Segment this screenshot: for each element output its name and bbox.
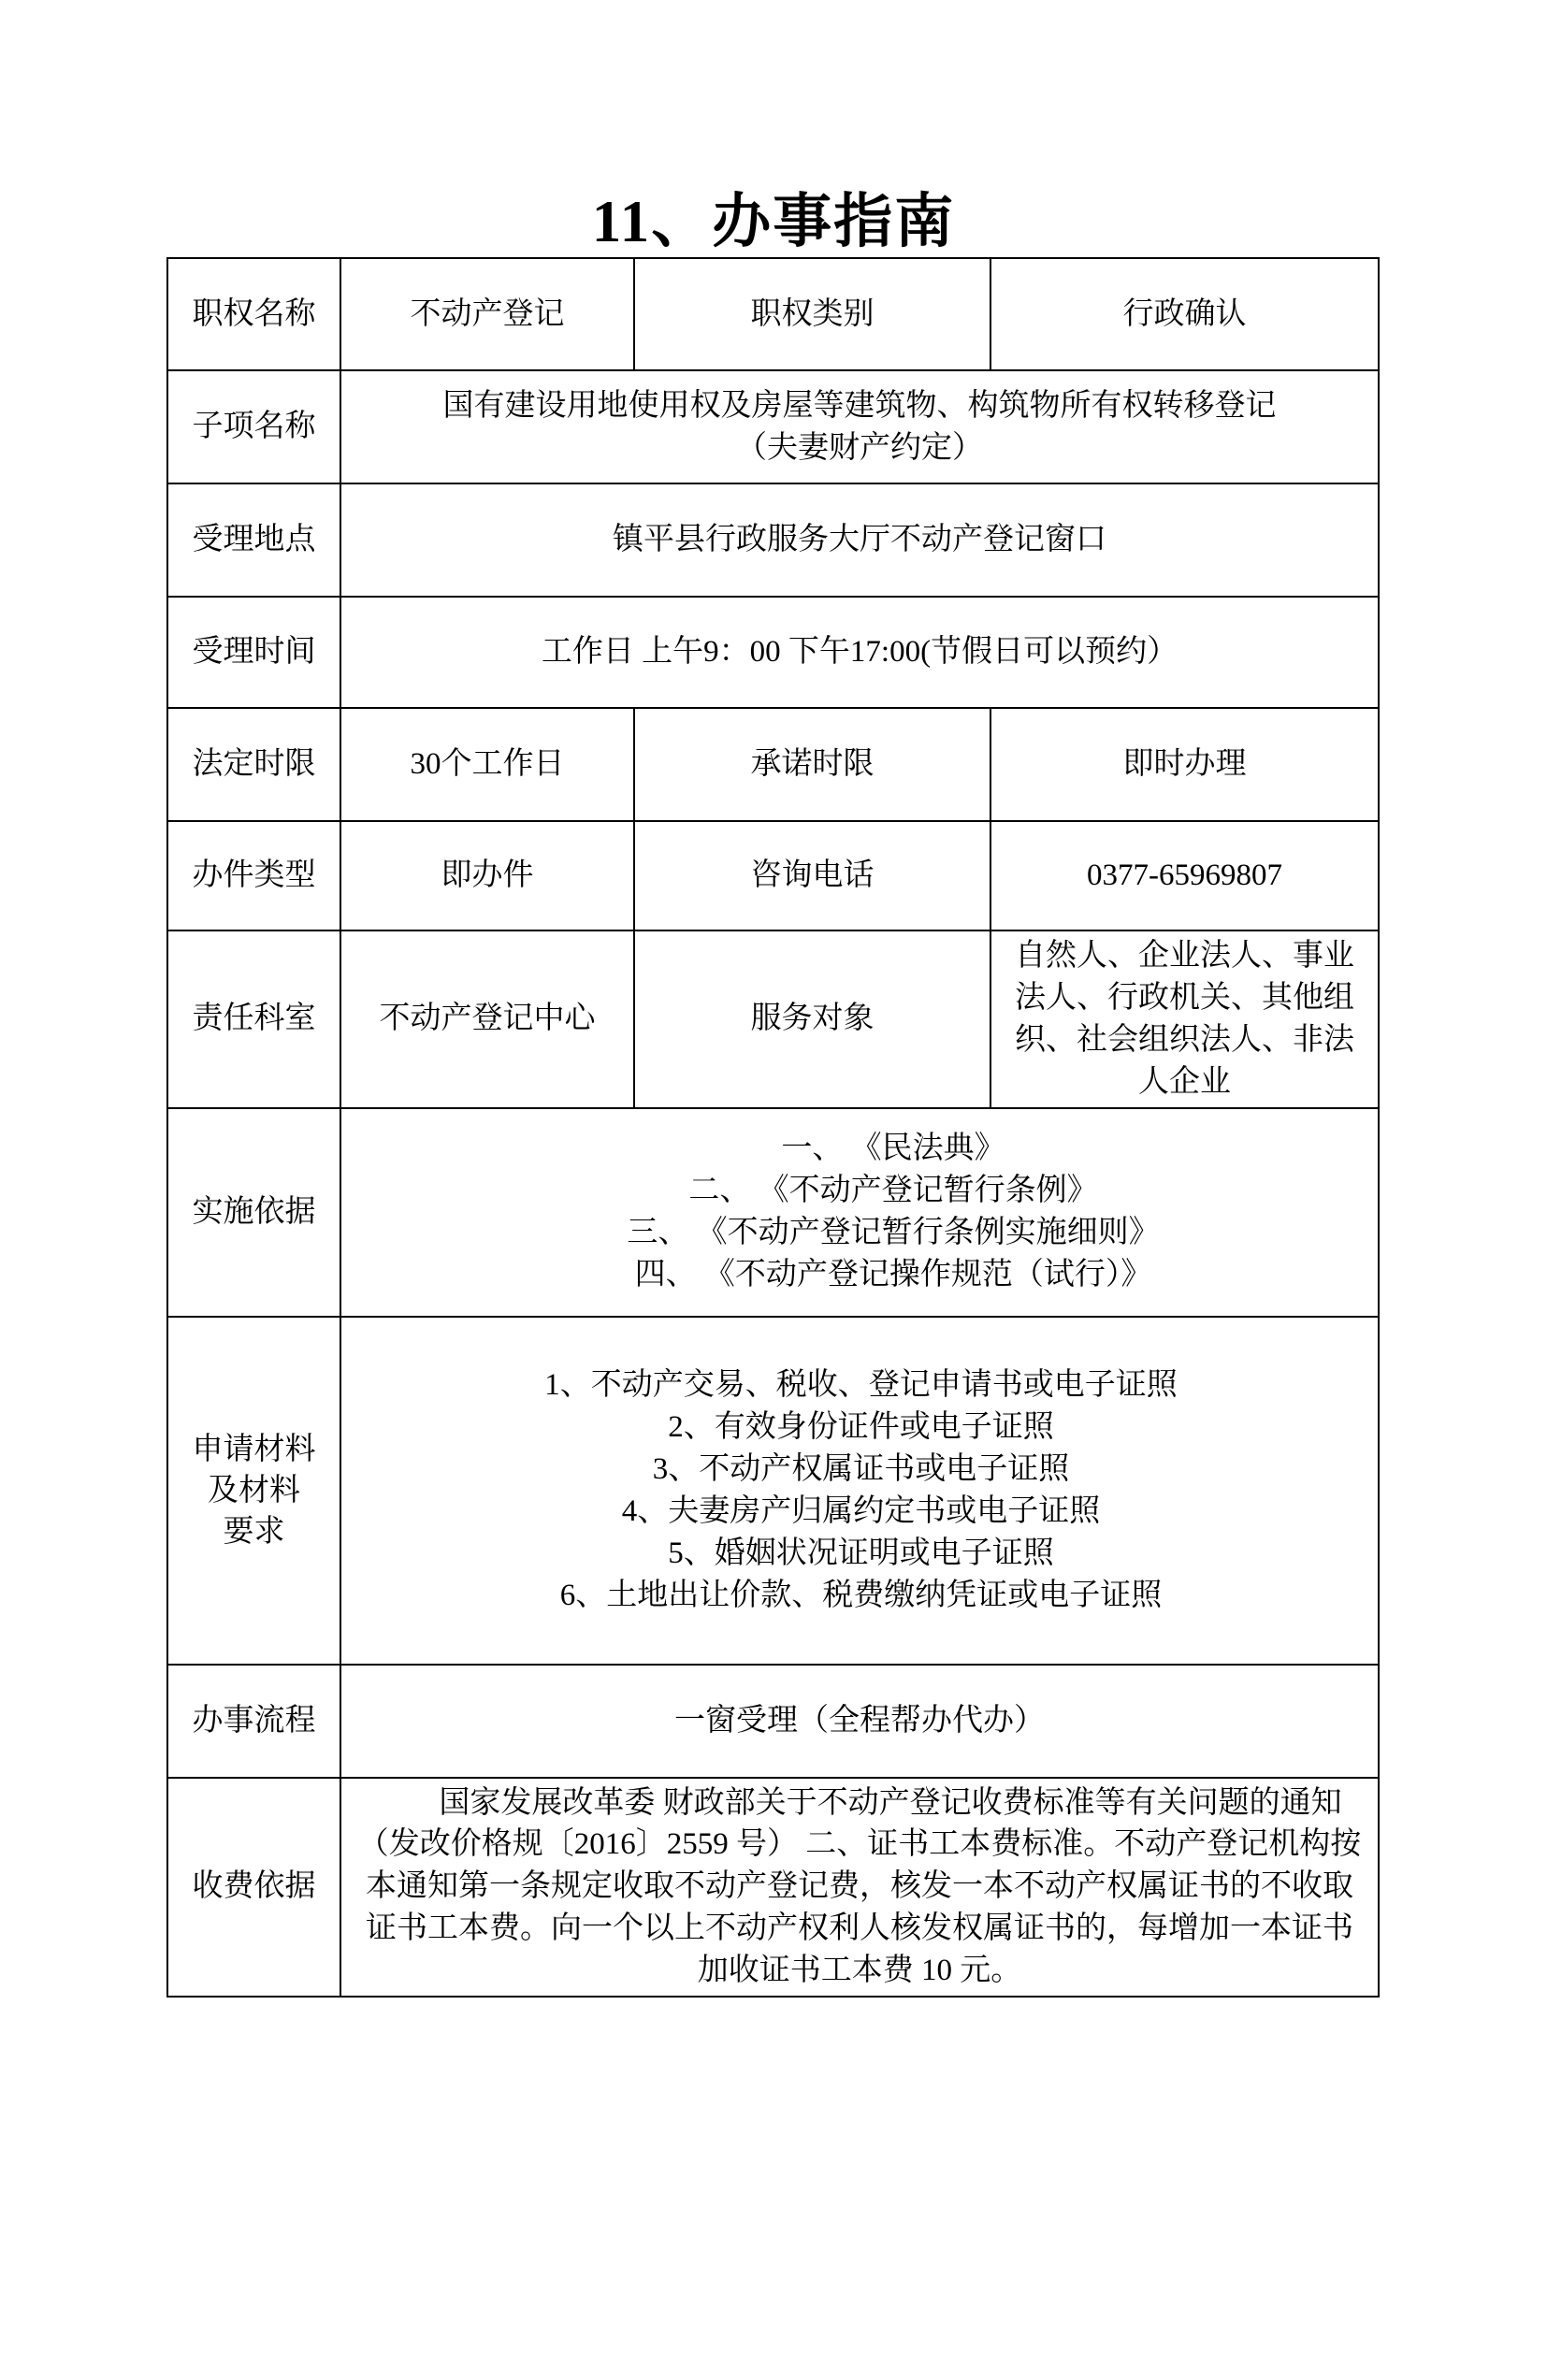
implementation-basis-item: 三、 《不动产登记暂行条例实施细则》 [420,1212,1366,1254]
table-row: 子项名称 国有建设用地使用权及房屋等建筑物、构筑物所有权转移登记 （夫妻财产约定… [167,370,1379,483]
implementation-basis-item: 二、 《不动产登记暂行条例》 [420,1170,1366,1212]
application-materials-label: 申请材料 及材料 要求 [167,1317,340,1665]
promised-time-limit-label: 承诺时限 [634,708,990,821]
table-row: 责任科室 不动产登记中心 服务对象 自然人、企业法人、事业法人、行政机关、其他组… [167,930,1379,1108]
responsible-office-value: 不动产登记中心 [340,930,634,1108]
promised-time-limit-value: 即时办理 [990,708,1379,821]
accept-time-label: 受理时间 [167,597,340,708]
table-row: 办事流程 一窗受理（全程帮办代办） [167,1665,1379,1778]
table-row: 申请材料 及材料 要求 1、不动产交易、税收、登记申请书或电子证照 2、有效身份… [167,1317,1379,1665]
service-guide-table: 职权名称 不动产登记 职权类别 行政确认 子项名称 国有建设用地使用权及房屋等建… [166,257,1380,1998]
consult-phone-label: 咨询电话 [634,821,990,930]
authority-type-value: 行政确认 [990,258,1379,370]
responsible-office-label: 责任科室 [167,930,340,1108]
fee-basis-paragraph: 国家发展改革委 财政部关于不动产登记收费标准等有关问题的通知（发改价格规〔201… [353,1782,1366,1992]
accept-time-value: 工作日 上午9：00 下午17:00(节假日可以预约） [340,597,1379,708]
application-material-item: 5、婚姻状况证明或电子证照 [355,1533,1366,1575]
subitem-name-value: 国有建设用地使用权及房屋等建筑物、构筑物所有权转移登记 （夫妻财产约定） [340,370,1379,483]
implementation-basis-list: 一、 《民法典》 二、 《不动产登记暂行条例》 三、 《不动产登记暂行条例实施细… [340,1108,1379,1317]
table-row: 实施依据 一、 《民法典》 二、 《不动产登记暂行条例》 三、 《不动产登记暂行… [167,1108,1379,1317]
implementation-basis-label: 实施依据 [167,1108,340,1317]
process-flow-label: 办事流程 [167,1665,340,1778]
implementation-basis-item: 四、 《不动产登记操作规范（试行）》 [420,1254,1366,1296]
accept-location-value: 镇平县行政服务大厅不动产登记窗口 [340,483,1379,597]
authority-name-value: 不动产登记 [340,258,634,370]
table-row: 收费依据 国家发展改革委 财政部关于不动产登记收费标准等有关问题的通知（发改价格… [167,1778,1379,1997]
application-material-item: 4、夫妻房产归属约定书或电子证照 [355,1491,1366,1533]
authority-type-label: 职权类别 [634,258,990,370]
fee-basis-label: 收费依据 [167,1778,340,1997]
legal-time-limit-label: 法定时限 [167,708,340,821]
authority-name-label: 职权名称 [167,258,340,370]
legal-time-limit-value: 30个工作日 [340,708,634,821]
application-material-item: 3、不动产权属证书或电子证照 [355,1449,1366,1491]
subitem-name-line2: （夫妻财产约定） [353,427,1366,469]
consult-phone-value: 0377-65969807 [990,821,1379,930]
application-material-item: 1、不动产交易、税收、登记申请书或电子证照 [355,1364,1366,1406]
subitem-name-line1: 国有建设用地使用权及房屋等建筑物、构筑物所有权转移登记 [353,385,1366,427]
accept-location-label: 受理地点 [167,483,340,597]
page-title: 11、办事指南 [0,193,1547,252]
subitem-name-label: 子项名称 [167,370,340,483]
application-materials-label-line: 要求 [180,1511,328,1552]
case-type-value: 即办件 [340,821,634,930]
application-materials-label-line: 及材料 [180,1470,328,1511]
table-row: 受理地点 镇平县行政服务大厅不动产登记窗口 [167,483,1379,597]
table-row: 办件类型 即办件 咨询电话 0377-65969807 [167,821,1379,930]
table-row: 法定时限 30个工作日 承诺时限 即时办理 [167,708,1379,821]
table-row: 职权名称 不动产登记 职权类别 行政确认 [167,258,1379,370]
application-material-item: 6、土地出让价款、税费缴纳凭证或电子证照 [355,1575,1366,1617]
table-row: 受理时间 工作日 上午9：00 下午17:00(节假日可以预约） [167,597,1379,708]
fee-basis-text: 国家发展改革委 财政部关于不动产登记收费标准等有关问题的通知（发改价格规〔201… [340,1778,1379,1997]
case-type-label: 办件类型 [167,821,340,930]
application-material-item: 2、有效身份证件或电子证照 [355,1406,1366,1449]
application-materials-list: 1、不动产交易、税收、登记申请书或电子证照 2、有效身份证件或电子证照 3、不动… [340,1317,1379,1665]
process-flow-value: 一窗受理（全程帮办代办） [340,1665,1379,1778]
service-target-label: 服务对象 [634,930,990,1108]
application-materials-label-line: 申请材料 [180,1429,328,1470]
implementation-basis-item: 一、 《民法典》 [420,1128,1366,1170]
service-target-value: 自然人、企业法人、事业法人、行政机关、其他组织、社会组织法人、非法人企业 [990,930,1379,1108]
